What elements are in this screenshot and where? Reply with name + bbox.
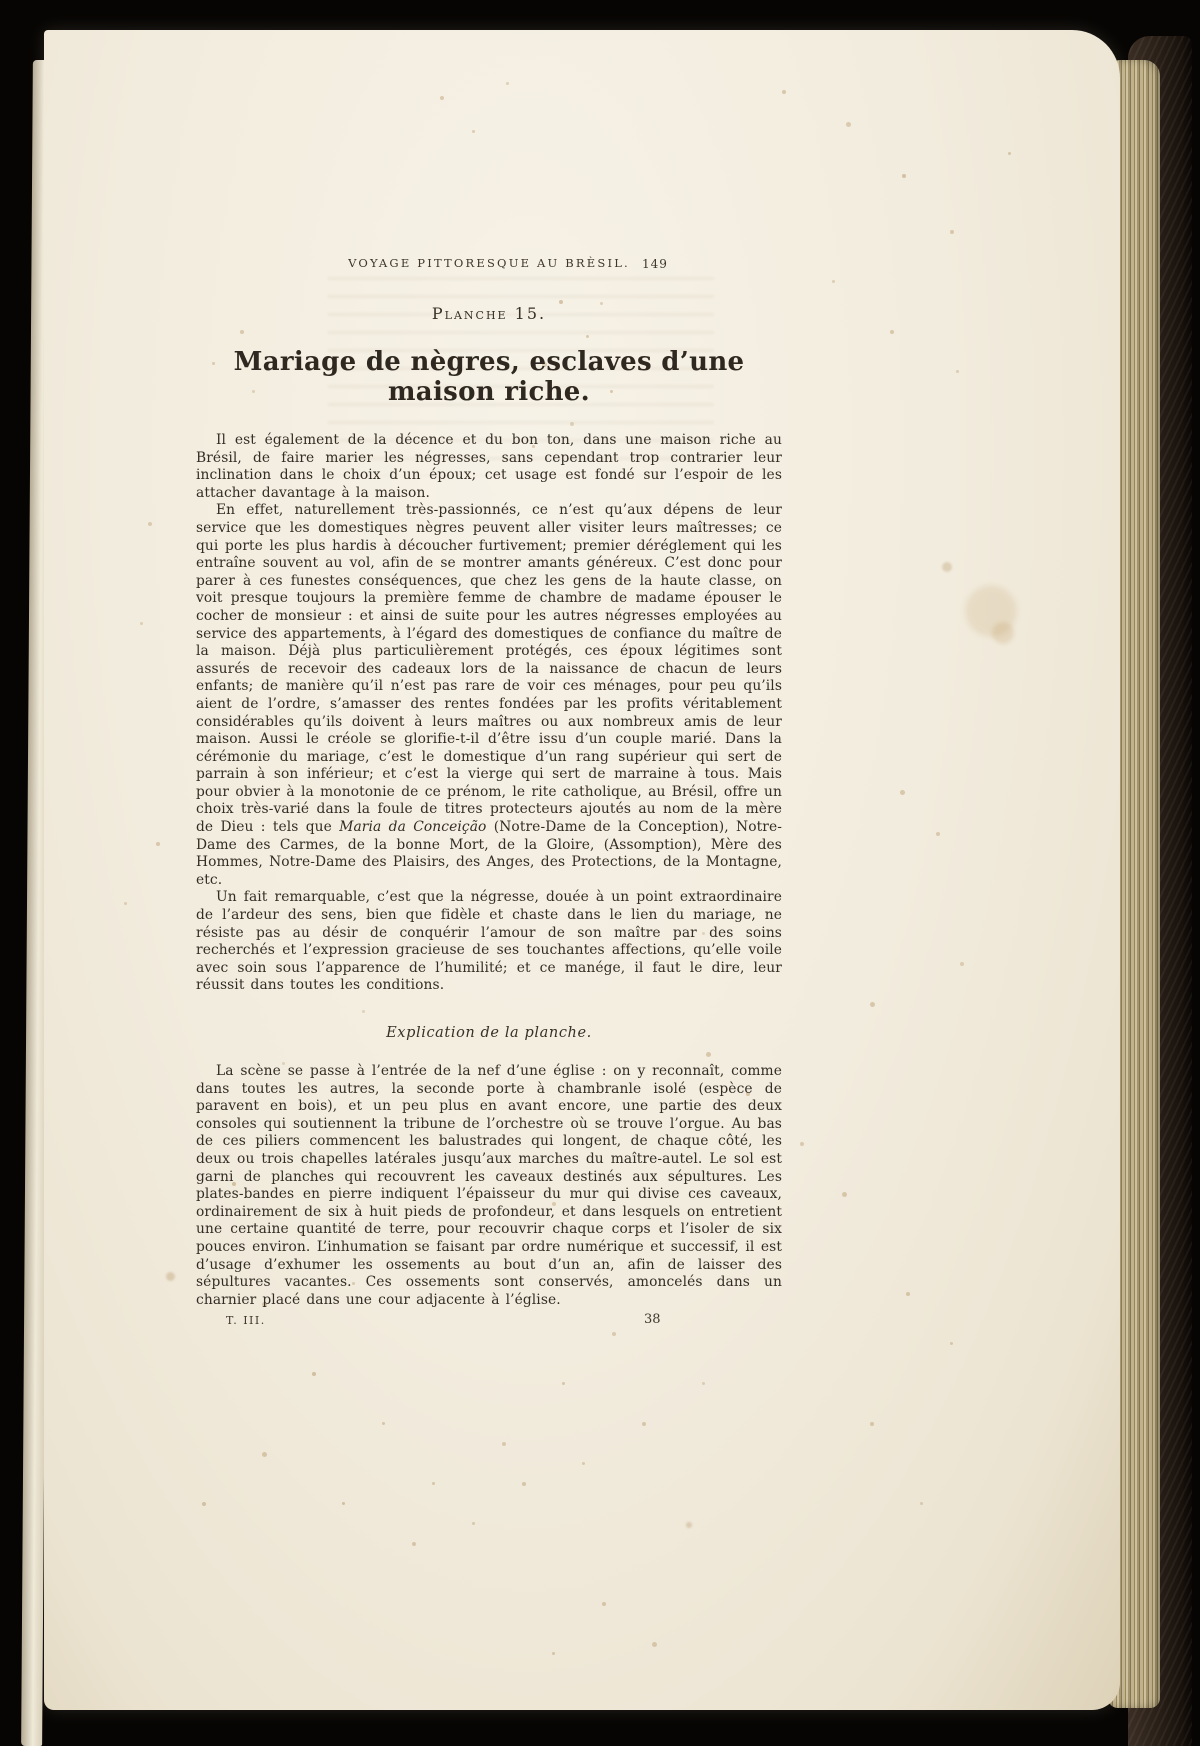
plate-heading: Planche 15. [196, 304, 782, 323]
paragraph-2-italic-term: Maria da Conceição [339, 819, 486, 835]
running-header: VOYAGE PITTORESQUE AU BRÈSIL. 149 [196, 256, 782, 272]
chapter-title: Mariage de nègres, esclaves d’une maison… [196, 347, 782, 407]
section-heading: Explication de la planche. [196, 1025, 782, 1041]
text-column: VOYAGE PITTORESQUE AU BRÈSIL. 149 Planch… [196, 30, 782, 1334]
paragraph-2-text-a: En effet, naturellement très-passionnés,… [196, 502, 782, 835]
paragraph-2: En effet, naturellement très-passionnés,… [196, 502, 782, 889]
paragraph-1: Il est également de la décence et du bon… [196, 432, 782, 502]
signature-number: 38 [644, 1312, 661, 1327]
tome-label: T. III. [226, 1314, 266, 1327]
paragraph-3: Un fait remarquable, c’est que la négres… [196, 889, 782, 995]
page-number: 149 [642, 257, 668, 271]
page-footer: T. III. 38 [196, 1312, 782, 1334]
paragraph-4: La scène se passe à l’entrée de la nef d… [196, 1063, 782, 1309]
book-scan: VOYAGE PITTORESQUE AU BRÈSIL. 149 Planch… [0, 0, 1200, 1746]
running-header-title: VOYAGE PITTORESQUE AU BRÈSIL. [348, 256, 630, 270]
book-page: VOYAGE PITTORESQUE AU BRÈSIL. 149 Planch… [44, 30, 1120, 1710]
